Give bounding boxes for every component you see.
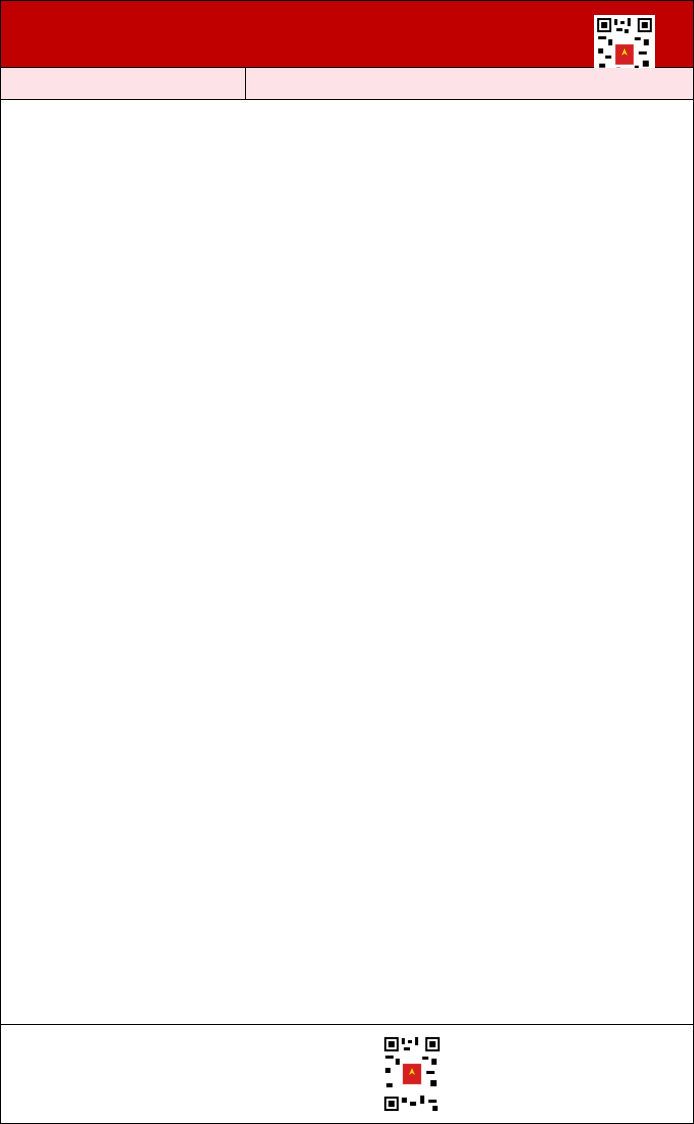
- column-header-policy: [246, 68, 592, 99]
- policy-page: [0, 0, 694, 1124]
- column-header-category: [1, 68, 246, 99]
- footer-qr-code-icon[interactable]: [381, 1034, 443, 1114]
- qr-code-graphic: [381, 1034, 443, 1114]
- table-header: [1, 68, 693, 100]
- header-banner: [1, 1, 693, 68]
- footer: [1, 1026, 693, 1123]
- notes-section: [1, 967, 693, 1025]
